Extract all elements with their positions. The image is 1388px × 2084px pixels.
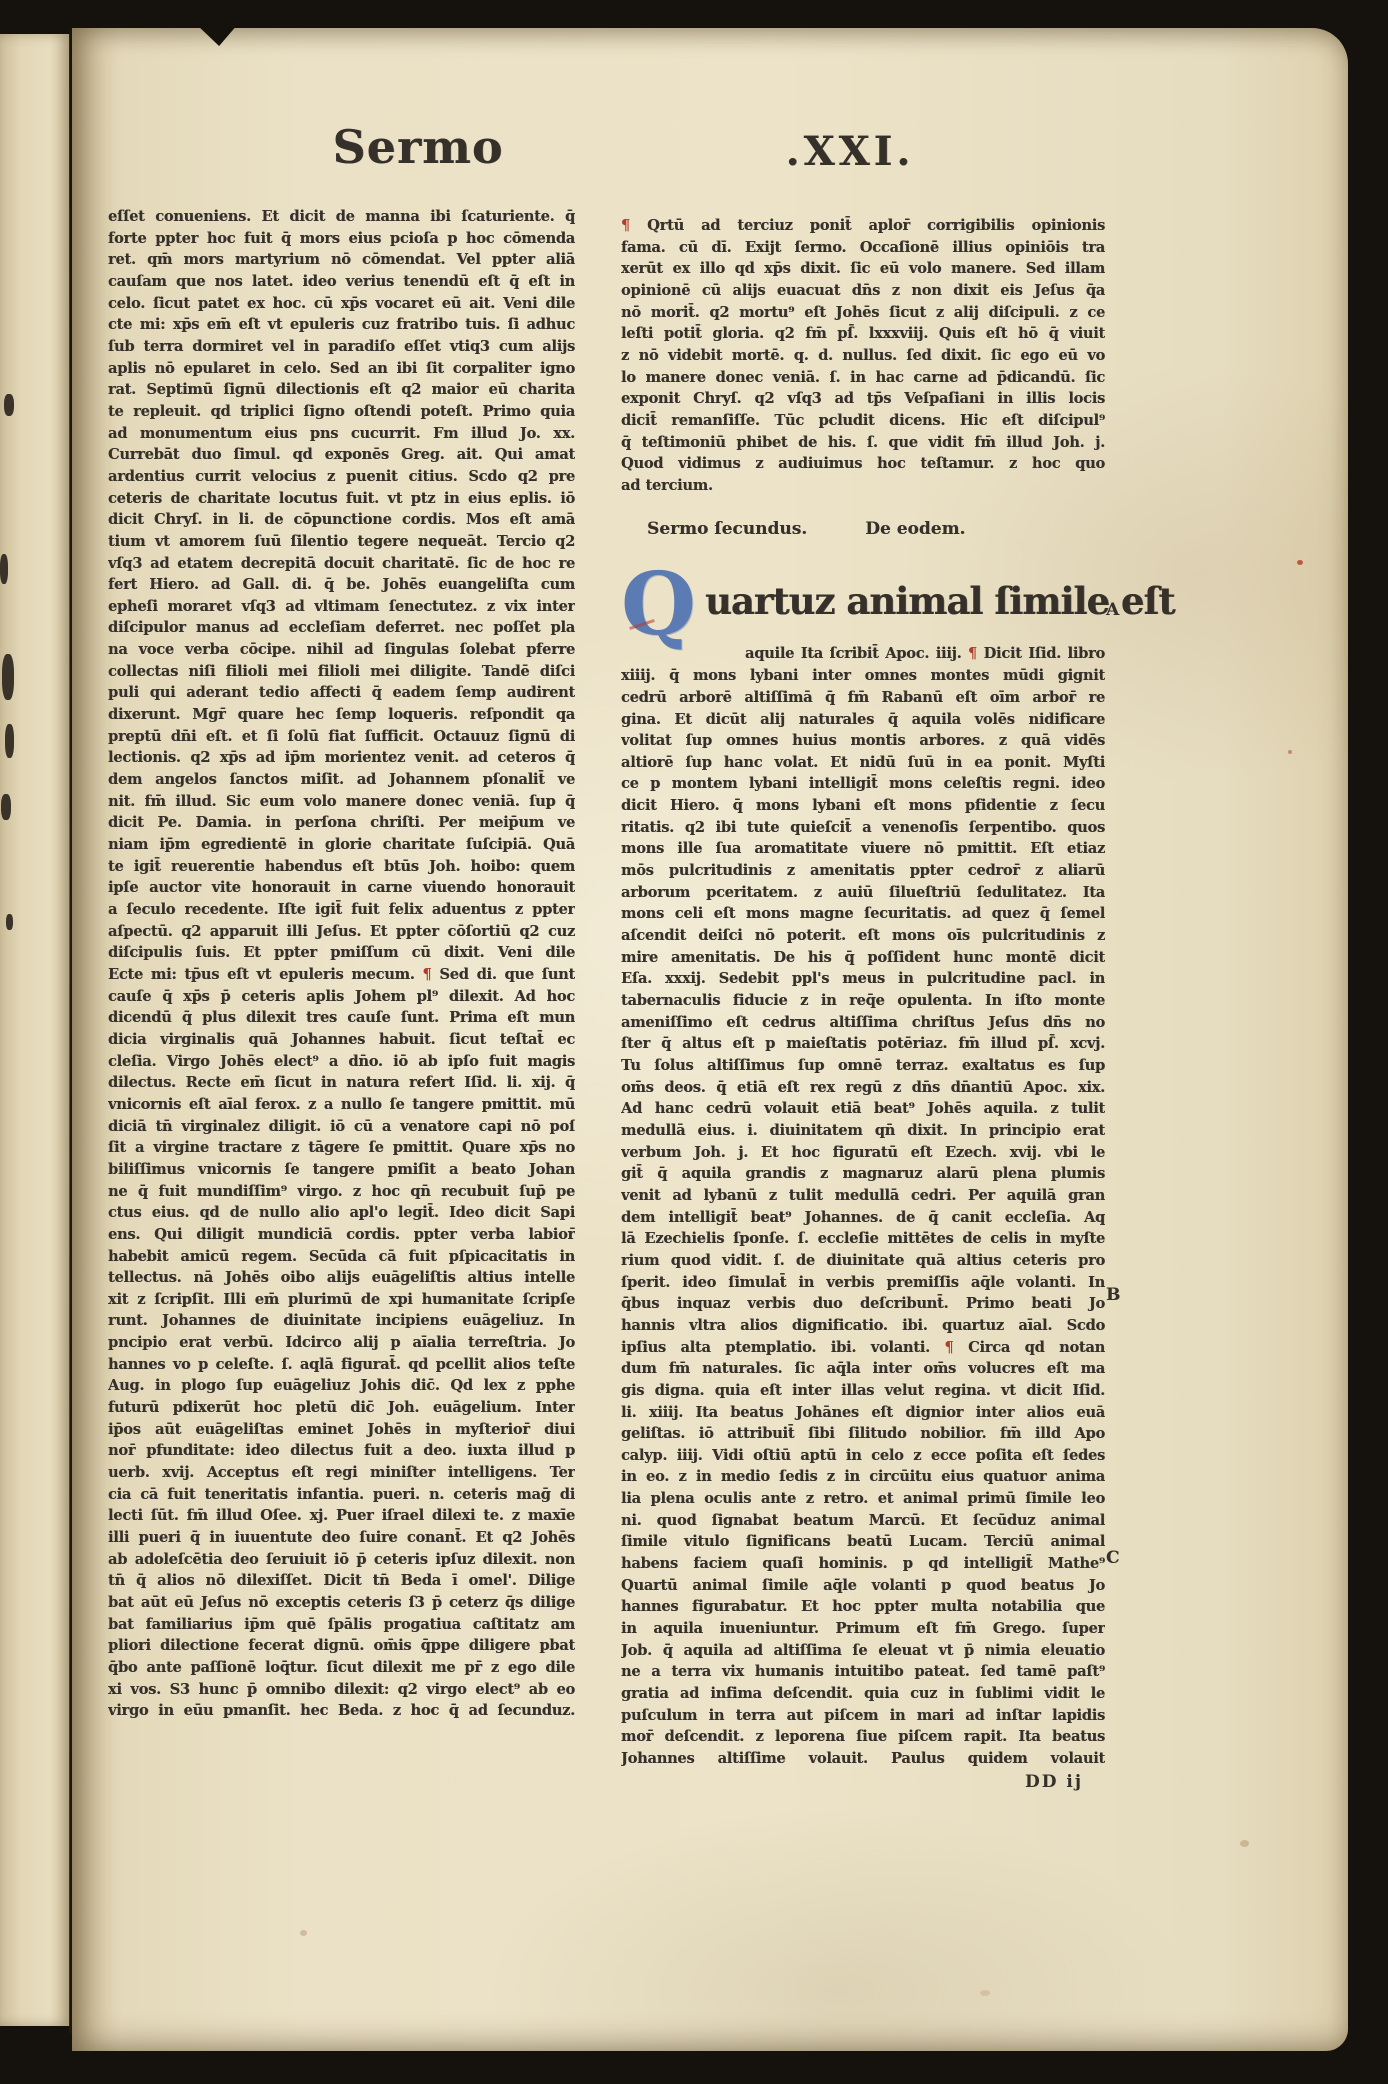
text-line: te igit̄ reuerentie habendus eſt btūs Jo… bbox=[108, 856, 575, 878]
text-line: rium quod vidit. ſ. de diuinitate quā al… bbox=[621, 1250, 1105, 1272]
text-line: dicit Chryſ. in li. de cōpunctione cordi… bbox=[108, 509, 575, 531]
text-line: pncipio erat verbū. Idcirco alij p aīali… bbox=[108, 1332, 575, 1354]
text-line: geliſtas. iō attribuit̄ ſibi ſilitudo no… bbox=[621, 1423, 1105, 1445]
text-line: z nō videbit mortē. q. d. nullus. ſed di… bbox=[621, 345, 1105, 367]
text-line: li. xiiij. Ita beatus Johānes eſt dignio… bbox=[621, 1402, 1105, 1424]
text-line: dicit Hiero. q̄ mons lybani eſt mons pfi… bbox=[621, 795, 1105, 817]
text-line: cauſam que nos latet. ideo verius tenend… bbox=[108, 271, 575, 293]
text-line: nor̄ pfunditate: ideo dilectus fuit a de… bbox=[108, 1440, 575, 1462]
text-line: ne a terra vix humanis intuitibo pateat.… bbox=[621, 1661, 1105, 1683]
text-line: lia plena oculis ante z retro. et animal… bbox=[621, 1488, 1105, 1510]
marginal-letter-C: C bbox=[1106, 1548, 1120, 1568]
text-line: lectionis. q2 xp̄s ad ip̄m morientez ven… bbox=[108, 747, 575, 769]
foxing-spot bbox=[980, 1990, 990, 1996]
text-line: Currebāt duo ſimul. qd exponēs Greg. ait… bbox=[108, 444, 575, 466]
text-line: nit. fm̄ illud. Sic eum volo manere done… bbox=[108, 791, 575, 813]
marginal-letter-B: B bbox=[1106, 1285, 1120, 1305]
text-line: Job. q̄ aquila ad altiſſima ſe eleuat vt… bbox=[621, 1640, 1105, 1662]
text-line: te repleuit. qd triplici ſigno oſtendi p… bbox=[108, 401, 575, 423]
text-line: Johannes altiſſime volauit. Paulus quide… bbox=[621, 1748, 1105, 1770]
text-line: dixerunt. Mgr̄ quare hec ſemp loqueris. … bbox=[108, 704, 575, 726]
text-line: aſpectū. q2 apparuit illi Jeſus. Et ppte… bbox=[108, 921, 575, 943]
text-line: futurū pdixerūt hoc pletū dic̄ Joh. euāg… bbox=[108, 1397, 575, 1419]
text-line: rat. Septimū ſignū dilectionis eſt q2 ma… bbox=[108, 379, 575, 401]
text-line: cia cā fuit teneritatis infantia. pueri.… bbox=[108, 1484, 575, 1506]
text-line: a ſeculo recedente. Iſte igit̄ fuit feli… bbox=[108, 899, 575, 921]
text-line: xerūt ex illo qd xp̄s dixit. ſic eū volo… bbox=[621, 258, 1105, 280]
text-line: ſimile vitulo ſignificans beatū Lucam. T… bbox=[621, 1531, 1105, 1553]
text-line: in aquila inueniuntur. Primum eſt fm̄ Gr… bbox=[621, 1618, 1105, 1640]
text-line: q̄bus inquaz verbis duo deſcribunt̄. Pri… bbox=[621, 1293, 1105, 1315]
text-line: ipſius alta ptemplatio. ibi. volanti. ¶ … bbox=[621, 1337, 1105, 1359]
text-line: verbum Joh. j. Et hoc figuratū eſt Ezech… bbox=[621, 1142, 1105, 1164]
text-line: venit ad lybanū z tulit medullā cedri. P… bbox=[621, 1185, 1105, 1207]
text-line: calyp. iiij. Vidi oſtiū aptū in celo z e… bbox=[621, 1445, 1105, 1467]
sermon-heading: Q uartuz animal ſimile eſt bbox=[621, 565, 1105, 643]
text-line: ens. Qui diligit mundiciā cordis. ppter … bbox=[108, 1224, 575, 1246]
ink-speck bbox=[5, 724, 14, 758]
text-line: xiiij. q̄ mons lybani inter omnes montes… bbox=[621, 665, 1105, 687]
red-ink-dot bbox=[1297, 560, 1303, 565]
right-column-body: xiiij. q̄ mons lybani inter omnes montes… bbox=[621, 665, 1105, 1769]
text-line: ab adoleſcētia deo ſeruiuit iō p̄ ceteri… bbox=[108, 1549, 575, 1571]
text-line: Eſa. xxxij. Sedebit ppl's meus in pulcri… bbox=[621, 968, 1105, 990]
text-line: forte ppter hoc fuit q̄ mors eius pcioſa… bbox=[108, 228, 575, 250]
text-line: dem intelligit̄ beat⁹ Johannes. de q̄ ca… bbox=[621, 1207, 1105, 1229]
text-line: fert Hiero. ad Gall. di. q̄ be. Johēs eu… bbox=[108, 574, 575, 596]
text-line: xi vos. S3 hunc p̄ omnibo dilexit: q2 vi… bbox=[108, 1679, 575, 1701]
text-line: eſſet conueniens. Et dicit de manna ibi … bbox=[108, 206, 575, 228]
text-line: gina. Et dicūt alij naturales q̄ aquila … bbox=[621, 709, 1105, 731]
text-line: ritatis. q2 ibi tute quieſcit̄ a venenoſ… bbox=[621, 817, 1105, 839]
text-line: ad monumentum eius pns cucurrit. Fm illu… bbox=[108, 423, 575, 445]
text-line: ce p montem lybani intelligit̄ mons cele… bbox=[621, 773, 1105, 795]
text-line: Aug. in plogo ſup euāgeliuz Johis dic̄. … bbox=[108, 1375, 575, 1397]
subheading-left: Sermo ſecundus. bbox=[647, 517, 807, 541]
text-line: epheſi moraret vſq3 ad vltimam ſenectute… bbox=[108, 596, 575, 618]
text-line: hannes figurabatur. Et hoc ppter multa n… bbox=[621, 1596, 1105, 1618]
text-line: arborum pceritatem. z auiū ſilueſtriū ſe… bbox=[621, 882, 1105, 904]
running-header-left: Sermo bbox=[268, 120, 568, 174]
text-line: puli qui aderant tedio affecti q̄ eadem … bbox=[108, 682, 575, 704]
text-line: Quartū animal ſimile aq̄le volanti p quo… bbox=[621, 1575, 1105, 1597]
subheading-right: De eodem. bbox=[865, 517, 965, 541]
text-line: ſperit. ideo ſimulat̄ in verbis premiſſi… bbox=[621, 1272, 1105, 1294]
text-line: lā Ezechielis ſponſe. ſ. eccleſie mittēt… bbox=[621, 1228, 1105, 1250]
book-photo: { "page": { "header_left": "Sermo", "hea… bbox=[0, 0, 1388, 2084]
text-line: bat aūt eū Jeſus nō exceptis ceteris ſ3 … bbox=[108, 1592, 575, 1614]
text-line: ceteris de charitate locutus fuit. vt pt… bbox=[108, 488, 575, 510]
red-ink-dot bbox=[1288, 750, 1292, 754]
text-line: celo. ſicut patet ex hoc. cū xp̄s vocare… bbox=[108, 293, 575, 315]
text-line: aſcendit deiſci nō poterit. eſt mons oīs… bbox=[621, 925, 1105, 947]
text-line: niam ip̄m egredientē in glorie charitate… bbox=[108, 834, 575, 856]
text-line: habens faciem quaſi hominis. p qd intell… bbox=[621, 1553, 1105, 1575]
heading-second-line: aquile Ita ſcribit̄ Apoc. iiij. ¶ Dicit … bbox=[745, 643, 1105, 665]
text-line: xit z ſcripſit. Illi em̄ plurimū de xpi … bbox=[108, 1289, 575, 1311]
text-line: q̄ teſtimoniū phibet de his. ſ. que vidi… bbox=[621, 432, 1105, 454]
text-line: lo manere donec veniā. ſ. in hac carne a… bbox=[621, 367, 1105, 389]
left-column-text: eſſet conueniens. Et dicit de manna ibi … bbox=[108, 206, 575, 1722]
text-line: vnicornis eſt aīal ferox. z a nullo ſe t… bbox=[108, 1094, 575, 1116]
marginal-letter-A: A bbox=[1106, 600, 1119, 620]
text-line: fama. cū dī. Exijt ſermo. Occaſionē illi… bbox=[621, 237, 1105, 259]
text-line: dilectus. Recte em̄ ſicut in natura refe… bbox=[108, 1072, 575, 1094]
text-line: preptū dn̄i eſt. et ſi ſolū fiat ſuffici… bbox=[108, 726, 575, 748]
text-line: na voce verba cōcipe. nihil ad ſingulas … bbox=[108, 639, 575, 661]
text-line: dicit Pe. Damia. in perſona chriſti. Per… bbox=[108, 812, 575, 834]
text-line: tium vt amorem ſuū ſilentio tegere neque… bbox=[108, 531, 575, 553]
ink-speck bbox=[1, 794, 11, 820]
ink-speck bbox=[2, 654, 14, 700]
text-line: cauſe q̄ xp̄s p̄ ceteris aplis Johem pl⁹… bbox=[108, 986, 575, 1008]
text-line: mire amenitatis. De his q̄ poſſident hun… bbox=[621, 947, 1105, 969]
text-line: hannis vltra alios dignificatio. ibi. qu… bbox=[621, 1315, 1105, 1337]
text-line: tabernaculis fiducie z in req̄e opulenta… bbox=[621, 990, 1105, 1012]
text-line: diciā tn̄ virginalez diligit. iō cū a ve… bbox=[108, 1116, 575, 1138]
text-line: ctus eius. qd de nullo alio apl'o legit̄… bbox=[108, 1202, 575, 1224]
text-line: aquile Ita ſcribit̄ Apoc. iiij. ¶ Dicit … bbox=[745, 643, 1105, 665]
text-line: tellectus. nā Johēs oibo alijs euāgeliſt… bbox=[108, 1267, 575, 1289]
text-line: hannes vo p celeſte. ſ. aqlā figurat̄. q… bbox=[108, 1354, 575, 1376]
sermon-subheading: Sermo ſecundus. De eodem. bbox=[621, 517, 1105, 541]
text-line: runt. Johannes de diuinitate incipiens e… bbox=[108, 1310, 575, 1332]
text-line: diſcipulor manus ad eccleſiam deferret. … bbox=[108, 617, 575, 639]
text-line: lecti ſūt. fm̄ illud Oſee. xj. Puer iſra… bbox=[108, 1505, 575, 1527]
illuminated-initial-Q: Q bbox=[621, 559, 696, 651]
text-line: cleſia. Virgo Johēs elect⁹ a dn̄o. iō ab… bbox=[108, 1051, 575, 1073]
right-column-text: ¶ Qrtū ad terciuz ponit̄ aplor̄ corrigib… bbox=[621, 215, 1105, 1792]
text-line: q̄bo ante paſſionē loq̄tur. ſicut dilexi… bbox=[108, 1657, 575, 1679]
text-line: uerb. xvij. Acceptus eſt regi miniſter i… bbox=[108, 1462, 575, 1484]
text-line: dum fm̄ naturales. ſic aq̄la inter om̄s … bbox=[621, 1358, 1105, 1380]
foxing-spot bbox=[300, 1930, 307, 1936]
text-line: gratia ad infima deſcendit. quia cuz in … bbox=[621, 1683, 1105, 1705]
text-line: gis digna. quia eſt inter illas velut re… bbox=[621, 1380, 1105, 1402]
text-line: illi pueri q̄ in iuuentute deo ſuire con… bbox=[108, 1527, 575, 1549]
facing-page-edge bbox=[0, 34, 70, 2026]
text-line: cte mi: xp̄s em̄ eſt vt epuleris cuz fra… bbox=[108, 314, 575, 336]
ink-speck bbox=[6, 914, 13, 930]
text-line: Ad hanc cedrū volauit etiā beat⁹ Johēs a… bbox=[621, 1098, 1105, 1120]
text-line: mor̄ deſcendit. z leporena ſiue piſcem r… bbox=[621, 1726, 1105, 1748]
text-line: dicia virginalis quā Johannes habuit. ſi… bbox=[108, 1029, 575, 1051]
text-line: diſcipulis ſuis. Et ppter pmiſſum cū dix… bbox=[108, 942, 575, 964]
text-line: ſub terra dormiret vel in paradiſo eſſet… bbox=[108, 336, 575, 358]
text-line: habebit amicū regem. Secūda cā fuit pſpi… bbox=[108, 1246, 575, 1268]
text-line: ſter q̄ altus eſt p maieſtatis potēriaz.… bbox=[621, 1033, 1105, 1055]
text-line: ret. qm̄ mors martyrium nō cōmendat. Vel… bbox=[108, 249, 575, 271]
text-line: medullā eius. i. diuinitatem qn̄ dixit. … bbox=[621, 1120, 1105, 1142]
text-line: ſit a virgine tractare z tāgere ſe pmitt… bbox=[108, 1137, 575, 1159]
text-line: bat familiarius ip̄m quē ſpālis progatiu… bbox=[108, 1614, 575, 1636]
text-line: in eo. z in medio ſedis z in circūitu ei… bbox=[621, 1466, 1105, 1488]
text-line: dem angelos ſanctos miſit. ad Johannem p… bbox=[108, 769, 575, 791]
text-line: ¶ Qrtū ad terciuz ponit̄ aplor̄ corrigib… bbox=[621, 215, 1105, 237]
text-line: pliori dilectione fecerat dignū. om̄is q… bbox=[108, 1635, 575, 1657]
text-line: ardentius currit velocius z puenit citiu… bbox=[108, 466, 575, 488]
text-line: Ecte mi: tp̄us eſt vt epuleris mecum. ¶ … bbox=[108, 964, 575, 986]
running-header-right: .XXI. bbox=[720, 128, 980, 175]
text-line: volitat ſup omnes huius montis arbores. … bbox=[621, 730, 1105, 752]
text-line: puſculum in terra aut piſcem in mari ad … bbox=[621, 1705, 1105, 1727]
heading-text: uartuz animal ſimile eſt bbox=[705, 565, 1105, 637]
text-line: aplis nō epularet in celo. Sed an ibi ſi… bbox=[108, 358, 575, 380]
text-line: Quod vidimus z audiuimus hoc teſtamur. z… bbox=[621, 453, 1105, 475]
text-line: ad tercium. bbox=[621, 475, 1105, 497]
text-line: git̄ q̄ aquila grandis z magnaruz alarū … bbox=[621, 1163, 1105, 1185]
text-line: dicendū q̄ plus dilexit tres cauſe ſunt.… bbox=[108, 1007, 575, 1029]
text-line: mōs pulcritudinis z amenitatis ppter ced… bbox=[621, 860, 1105, 882]
text-line: nō morit̄. q2 mortu⁹ eſt Johēs ſicut z a… bbox=[621, 302, 1105, 324]
text-line: om̄s deos. q̄ etiā eſt rex regū z dn̄s d… bbox=[621, 1077, 1105, 1099]
text-line: mons celi eſt mons magne ſecuritatis. ad… bbox=[621, 903, 1105, 925]
text-line: tn̄ q̄ alios nō dilexiſſet. Dicit tn̄ Be… bbox=[108, 1570, 575, 1592]
text-line: dicit̄ remanſiſſe. Tūc pcludit dicens. H… bbox=[621, 410, 1105, 432]
text-line: ne q̄ fuit mundiſſim⁹ virgo. z hoc qn̄ r… bbox=[108, 1181, 575, 1203]
text-line: altiorē ſup hanc volat. Et nidū ſuū in e… bbox=[621, 752, 1105, 774]
text-line: Tu ſolus altiſſimus ſup omnē terraz. exa… bbox=[621, 1055, 1105, 1077]
text-line: ameniſſimo eſt cedrus altiſſima chriſtus… bbox=[621, 1012, 1105, 1034]
text-line: biliſſimus vnicornis ſe tangere pmiſit a… bbox=[108, 1159, 575, 1181]
foxing-spot bbox=[1240, 1840, 1249, 1847]
quire-signature: DD ij bbox=[621, 1772, 1105, 1792]
text-line: virgo in eūu pmanſit. hec Beda. z hoc q̄… bbox=[108, 1700, 575, 1722]
text-line: vſq3 ad etatem decrepitā docuit charitat… bbox=[108, 553, 575, 575]
text-line: mons ille ſua aromatitate viuere nō pmit… bbox=[621, 838, 1105, 860]
text-line: exponit Chryſ. q2 vſq3 ad tp̄s Veſpaſian… bbox=[621, 388, 1105, 410]
ink-speck bbox=[0, 554, 8, 584]
text-line: opinionē cū alijs euacuat dn̄s z non dix… bbox=[621, 280, 1105, 302]
text-line: ipſe auctor vite honorauit in carne viue… bbox=[108, 877, 575, 899]
ink-speck bbox=[4, 394, 14, 416]
text-line: cedrū arborē altiſſimā q̄ fm̄ Rabanū eſt… bbox=[621, 687, 1105, 709]
text-line: ip̄os aūt euāgeliſtas eminet Johēs in my… bbox=[108, 1419, 575, 1441]
right-column-intro: ¶ Qrtū ad terciuz ponit̄ aplor̄ corrigib… bbox=[621, 215, 1105, 497]
text-line: leſti potit̄ gloria. q2 fm̄ pſ̄. lxxxvii… bbox=[621, 323, 1105, 345]
text-line: collectas niſi filioli mei filioli mei d… bbox=[108, 661, 575, 683]
text-line: ni. quod ſignabat beatum Marcū. Et ſecūd… bbox=[621, 1510, 1105, 1532]
